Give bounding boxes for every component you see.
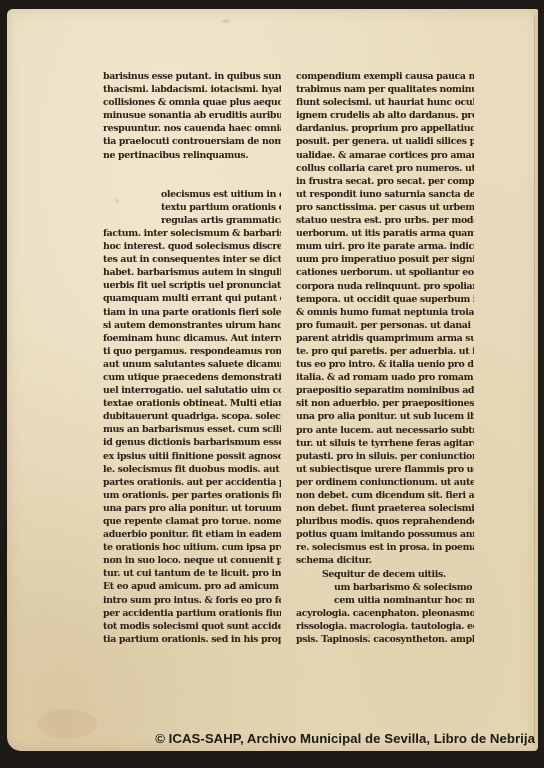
- text-line: parent atridis quamprimum arma sumi: [296, 332, 474, 345]
- text-line: potius quam imitando possumus annota: [296, 528, 474, 541]
- text-line: per accidentia partium orationis fiunt: [103, 607, 281, 620]
- text-line: te. pro qui paretis. per aduerbia. ut in: [296, 345, 474, 358]
- text-line: factum. inter solecismum & barbarismum: [103, 227, 281, 240]
- text-line: non in suo loco. neque ut conuenit poni: [103, 554, 281, 567]
- text-line: una pars pro alia ponitur. ut toruum: [103, 502, 281, 515]
- text-line: compendium exempli causa pauca monst: [296, 70, 474, 83]
- text-line: ne pertinacibus relinquamus.: [103, 149, 281, 162]
- text-line: si autem demonstrantes uirum hanc. aut: [103, 319, 281, 332]
- text-line: olecismus est uitium in con: [103, 188, 281, 201]
- text-line: rissologia. macrologia. tautologia. ecli: [296, 620, 474, 633]
- text-line: aut unum salutantes saluete dicamus: [103, 358, 281, 371]
- right-text-column: compendium exempli causa pauca monst tra…: [296, 70, 474, 646]
- text-line: minusue sonantia ab eruditis auribus: [103, 109, 281, 122]
- text-line: tur. ut siluis te tyrrhene feras agitare: [296, 437, 474, 450]
- text-line: mus an barbarismus esset. cum scilicet: [103, 423, 281, 436]
- copyright-credit: © ICAS-SAHP, Archivo Municipal de Sevill…: [155, 731, 535, 746]
- text-line: italia. & ad romam uado pro romam cum: [296, 371, 474, 384]
- text-line: pluribus modis. quos reprahendendo: [296, 515, 474, 528]
- text-line: ut respondit iuno saturnia sancta dearum: [296, 188, 474, 201]
- text-line: collus collaria caret pro numeros. ut pa…: [296, 162, 474, 175]
- text-line: tur. ut cui tantum de te licuit. pro in …: [103, 567, 281, 580]
- paper-stain: [37, 709, 97, 739]
- text-line: regulas artis grammaticae: [103, 214, 281, 227]
- text-line: non debet. cum dicendum sit. fieri autem: [296, 489, 474, 502]
- text-line: partes orationis. aut per accidentia par…: [103, 476, 281, 489]
- text-line: textae orationis obtineat. Multi etiam: [103, 397, 281, 410]
- left-main-paragraph: olecismus est uitium in con textu partiu…: [103, 188, 281, 646]
- text-line: putasti. pro in siluis. per coniunctione…: [296, 450, 474, 463]
- text-line: Et eo apud amicum. pro ad amicum &: [103, 580, 281, 593]
- text-line: ti quo pergamus. respondeamus romae: [103, 345, 281, 358]
- text-line: praepositio separatim nominibus addenda: [296, 384, 474, 397]
- text-line: sit non aduerbio. per praepositiones cum: [296, 397, 474, 410]
- text-line: in frustra secat. pro secat. per compara…: [296, 175, 474, 188]
- text-line: collisiones & omnia quae plus aequo: [103, 96, 281, 109]
- text-line: tot modis solecismi quot sunt acciden: [103, 620, 281, 633]
- text-line: habet. barbarismus autem in singulis: [103, 266, 281, 279]
- text-line: ualidae. & amarae cortices pro amari. &: [296, 149, 474, 162]
- text-line: cem uitia nominantur hoc modo: [296, 594, 474, 607]
- text-line: foeminam hunc dicamus. Aut interroga: [103, 332, 281, 345]
- text-line: re. solecismus est in prosa. in poemate: [296, 541, 474, 554]
- text-line: tia praelocuti controuersiam de nomi: [103, 135, 281, 148]
- right-main-paragraph: compendium exempli causa pauca monst tra…: [296, 70, 474, 568]
- text-line: pro ante lucem. aut necessario subtrahi: [296, 424, 474, 437]
- text-line: dardanius. proprium pro appellatiuo: [296, 122, 474, 135]
- text-line: corpora nuda relinquunt. pro spoliant pe…: [296, 280, 474, 293]
- text-line: tempora. ut occidit quae superbum ilium: [296, 293, 474, 306]
- text-line: uel interrogatio. uel salutatio uim con: [103, 384, 281, 397]
- text-line: fiunt solecismi. ut hauriat hunc oculis: [296, 96, 474, 109]
- text-line: per ordinem coniunctionum. ut autem fier…: [296, 476, 474, 489]
- text-line: uum pro imperatiuo posuit per signifi: [296, 253, 474, 266]
- text-line: acyrologia. cacenphaton. pleonasmos. pe: [296, 607, 474, 620]
- text-line: non debet. fiunt praeterea solecismi: [296, 502, 474, 515]
- text-line: quamquam multi errant qui putant e: [103, 292, 281, 305]
- text-line: uerbis fit uel scriptis uel pronunciatis: [103, 279, 281, 292]
- text-line: tiam in una parte orationis fieri soleci…: [103, 306, 281, 319]
- initial-gap: [103, 162, 281, 188]
- text-line: & omnis humo fumat neptunia troia.: [296, 306, 474, 319]
- text-line: schema dicitur.: [296, 554, 474, 567]
- text-line: tus eo pro intro. & italia uenio pro de: [296, 358, 474, 371]
- text-line: thacismi. labdacismi. iotacismi. hyat': [103, 83, 281, 96]
- text-line: ignem crudelis ab alto dardanus. pro: [296, 109, 474, 122]
- text-line: cationes uerborum. ut spoliantur eos &: [296, 266, 474, 279]
- text-line: um orationis. per partes orationis fiunt…: [103, 489, 281, 502]
- text-line: dubitauerunt quadriga. scopa. solecis: [103, 410, 281, 423]
- text-line: una pro alia ponitur. ut sub lucem ibant: [296, 410, 474, 423]
- text-line: le. solecismus fit duobus modis. aut per: [103, 463, 281, 476]
- page-edge: [534, 15, 538, 745]
- text-line: pro sanctissima. per casus ut urbem quam: [296, 201, 474, 214]
- text-line: pro fumauit. per personas. ut danai qui: [296, 319, 474, 332]
- text-line: te orationis hoc uitium. cum ipsa pro se: [103, 541, 281, 554]
- text-line: hoc interest. quod solecismus discrepan: [103, 240, 281, 253]
- text-line: que repente clamat pro torue. nomen pro: [103, 515, 281, 528]
- text-line: ex ipsius uitii finitione possit agnosci…: [103, 450, 281, 463]
- text-line: barisinus esse putant. in quibus sunt me: [103, 70, 281, 83]
- text-line: statuo uestra est. pro urbs. per modos: [296, 214, 474, 227]
- text-line: uerborum. ut itis paratis arma quam pri: [296, 227, 474, 240]
- text-line: tia partium orationis. sed in his propte…: [103, 633, 281, 646]
- text-line: cum utique praecedens demonstratio: [103, 371, 281, 384]
- text-line: um barbarismo & solecismo de: [296, 581, 474, 594]
- text-line: psis. Tapinosis. cacosyntheton. amphi: [296, 633, 474, 646]
- text-line: ut subiectisque urere flammis pro ue. fi…: [296, 463, 474, 476]
- text-line: posuit. per genera. ut ualidi silices pr…: [296, 135, 474, 148]
- section-heading: Sequitur de decem uitiis.: [296, 568, 474, 581]
- text-line: aduerbio ponitur. fit etiam in eadem par: [103, 528, 281, 541]
- paper-stain: [222, 19, 230, 23]
- text-line: intro sum pro intus. & foris eo pro fora…: [103, 594, 281, 607]
- text-line: textu partium orationis contra: [103, 201, 281, 214]
- text-line: id genus dictionis barbarismum esse. ut: [103, 436, 281, 449]
- text-line: tes aut in consequentes inter se diction…: [103, 253, 281, 266]
- text-line: respuuntur. nos cauenda haec omnia ui: [103, 122, 281, 135]
- left-text-column: barisinus esse putant. in quibus sunt me…: [103, 70, 281, 646]
- left-top-paragraph: barisinus esse putant. in quibus sunt me…: [103, 70, 281, 162]
- text-line: trabimus nam per qualitates nominum: [296, 83, 474, 96]
- text-line: mum uiri. pro ite parate arma. indicati: [296, 240, 474, 253]
